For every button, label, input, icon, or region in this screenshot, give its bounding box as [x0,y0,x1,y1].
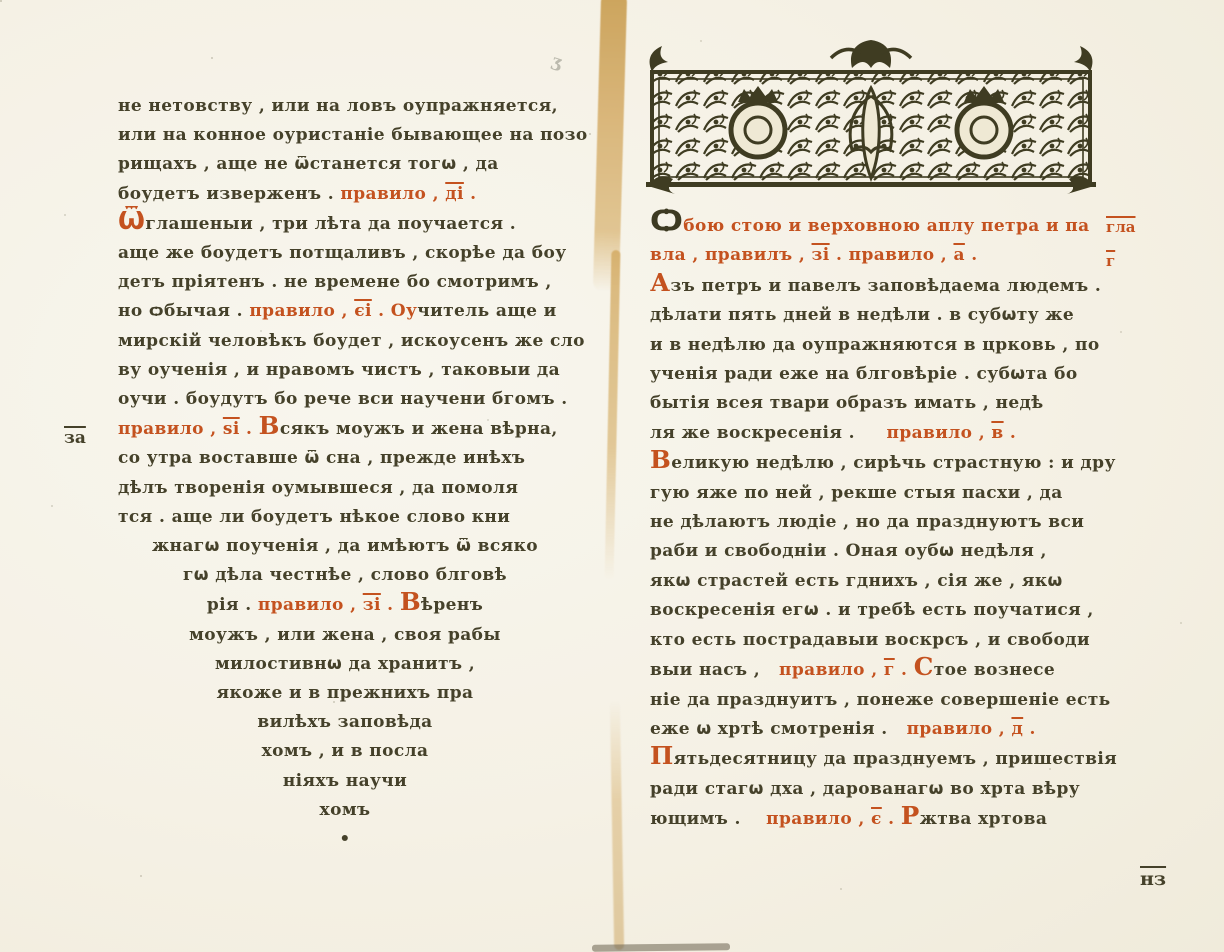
text-line: и в недѣлю да оупражняются в црковь , по [650,331,1108,360]
gutter-tape-stain-lower [610,700,624,950]
text-line: Ѿглашеныи , три лѣта да поучается . [118,209,572,239]
text-line: хомъ , и в посла [118,737,572,766]
text-line: гую яже по ней , рекше стыя пасхи , да [650,479,1108,508]
handwritten-scribble: ӡ [549,51,564,73]
text-line: еже ѡ хртѣ смотренія . правило , д . [650,715,1108,744]
text-line: не нетовству , или на ловъ оупражняется, [118,92,572,121]
text-line: дѣлъ творенія оумывшеся , да помоля [118,474,572,503]
margin-note-line2: г [1106,252,1115,270]
gutter-tape-stain-tail [605,250,621,580]
text-line: вилѣхъ заповѣда [118,708,572,737]
text-line: аще же боудетъ потщаливъ , скорѣе да боу [118,239,572,268]
text-line: Пятьдесятницу да празднуемъ , пришествія [650,744,1108,774]
left-page-text: не нетовству , или на ловъ оупражняется,… [118,92,572,854]
text-line: ніяхъ научи [118,767,572,796]
text-line: моужъ , или жена , своя рабы [118,621,572,650]
text-line: детъ пріятенъ . не времене бо смотримъ , [118,268,572,297]
text-line: Ѻбою стою и верховною аплу петра и па [650,206,1108,241]
text-line: ющимъ . правило , є . Ржтва хртова [650,804,1108,834]
text-line: гѡ дѣла честнѣе , слово блговѣ [118,561,572,590]
text-line: или на конное оуристаніе бывающее на поз… [118,121,572,150]
margin-chapter-note: гла г [1106,210,1146,278]
text-line: оучи . боудутъ бо рече вси научени бгомъ… [118,385,572,414]
text-line: Великую недѣлю , сирѣчь страстную : и др… [650,448,1108,478]
text-line: якѡ страстей есть гднихъ , сія же , якѡ [650,567,1108,596]
text-line: бытія всея твари образъ имать , недѣ [650,389,1108,418]
text-line: выи насъ , правило , г . Стое вознесе [650,655,1108,685]
headpiece-woodcut-ornament-icon [646,38,1096,198]
text-line: ля же воскресенія . правило , в . [650,419,1108,448]
text-line: ніе да празднуитъ , понеже совершеніе ес… [650,686,1108,715]
text-line: рія . правило , зі . Вѣренъ [118,590,572,620]
text-line: милостивнѡ да хранитъ , [118,650,572,679]
text-line: рищахъ , аще не ѿстанется тогѡ , да [118,150,572,179]
text-line: раби и свободніи . Оная оубѡ недѣля , [650,537,1108,566]
text-line: Азъ петръ и павелъ заповѣдаема людемъ . [650,271,1108,301]
quire-signature: за [64,428,86,448]
margin-note-line1: гла [1106,218,1136,236]
text-line: ученія ради еже на блговѣріе . субѡта бо [650,360,1108,389]
text-line: дѣлати пять дней в недѣли . в субѡту же [650,301,1108,330]
text-line: со утра воставше ѿ сна , прежде инѣхъ [118,444,572,473]
text-line: воскресенія егѡ . и требѣ есть поучатися… [650,596,1108,625]
text-line: жнагѡ поученія , да имѣютъ ѿ всяко [118,532,572,561]
text-line: кто есть пострадавыи воскрсъ , и свободи [650,626,1108,655]
gutter-tape-stain [593,0,627,292]
text-line: не дѣлаютъ людіе , но да празднуютъ вси [650,508,1108,537]
text-line: вла , правилъ , зі . правило , а . [650,241,1108,270]
text-line: боудетъ изверженъ . правило , ді . [118,180,572,209]
text-line: ради стагѡ дха , дарованагѡ во хрта вѣру [650,775,1108,804]
text-line: якоже и в прежнихъ пра [118,679,572,708]
paper-speckles [0,0,2,2]
text-line: хомъ [118,796,572,825]
text-line: тся . аще ли боудетъ нѣкое слово кни [118,503,572,532]
book-scan: не нетовству , или на ловъ оупражняется,… [0,0,1224,952]
right-page-text: Ѻбою стою и верховною аплу петра и павла… [650,206,1108,835]
text-line: правило , ѕі . Всякъ моужъ и жена вѣрна, [118,414,572,444]
text-line: мирскій человѣкъ боудет , искоусенъ же с… [118,327,572,356]
text-line: но ѻбычая . правило , єі . Оучитель аще … [118,297,572,326]
folio-number: нз [1140,868,1166,890]
book-edge-shadow [592,943,730,951]
text-line: ву оученія , и нравомъ чистъ , таковыи д… [118,356,572,385]
text-line: • [118,825,572,854]
